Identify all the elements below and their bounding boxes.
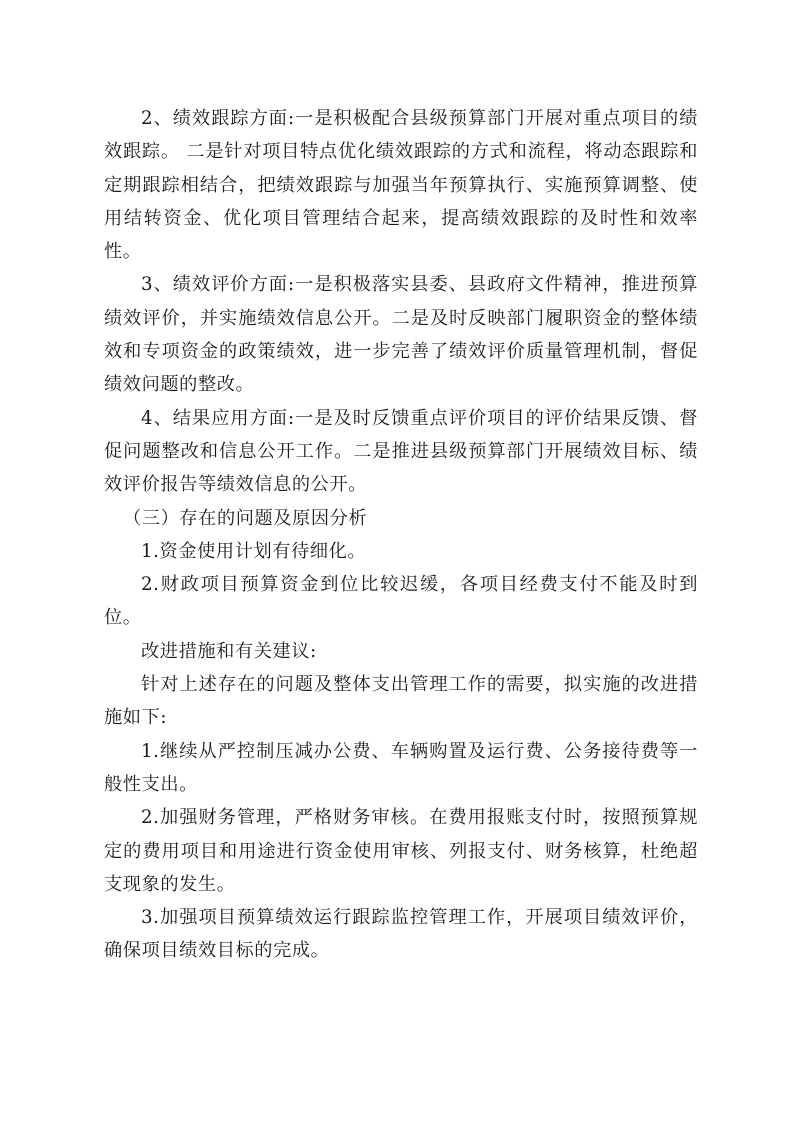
paragraph-measure-2: 2.加强财务管理，严格财务审核。在费用报账支付时，按照预算规定的费用项目和用途进… [104,801,698,901]
paragraph-performance-evaluation: 3、绩效评价方面:一是积极落实县委、县政府文件精神，推进预算绩效评价，并实施绩效… [104,268,698,401]
paragraph-problem-1: 1.资金使用计划有待细化。 [104,535,698,568]
section-heading-problems: （三）存在的问题及原因分析 [104,502,698,535]
paragraph-measures-intro: 针对上述存在的问题及整体支出管理工作的需要，拟实施的改进措施如下: [104,668,698,735]
paragraph-result-application: 4、结果应用方面:一是及时反馈重点评价项目的评价结果反馈、督促问题整改和信息公开… [104,402,698,502]
paragraph-measure-3: 3.加强项目预算绩效运行跟踪监控管理工作，开展项目绩效评价，确保项目绩效目标的完… [104,901,698,968]
paragraph-problem-2: 2.财政项目预算资金到位比较迟缓，各项目经费支付不能及时到位。 [104,568,698,635]
heading-improvement-measures: 改进措施和有关建议: [104,635,698,668]
paragraph-performance-tracking: 2、绩效跟踪方面:一是积极配合县级预算部门开展对重点项目的绩效跟踪。 二是针对项… [104,102,698,268]
document-page: 2、绩效跟踪方面:一是积极配合县级预算部门开展对重点项目的绩效跟踪。 二是针对项… [104,102,698,968]
paragraph-measure-1: 1.继续从严控制压减办公费、车辆购置及运行费、公务接待费等一般性支出。 [104,735,698,802]
